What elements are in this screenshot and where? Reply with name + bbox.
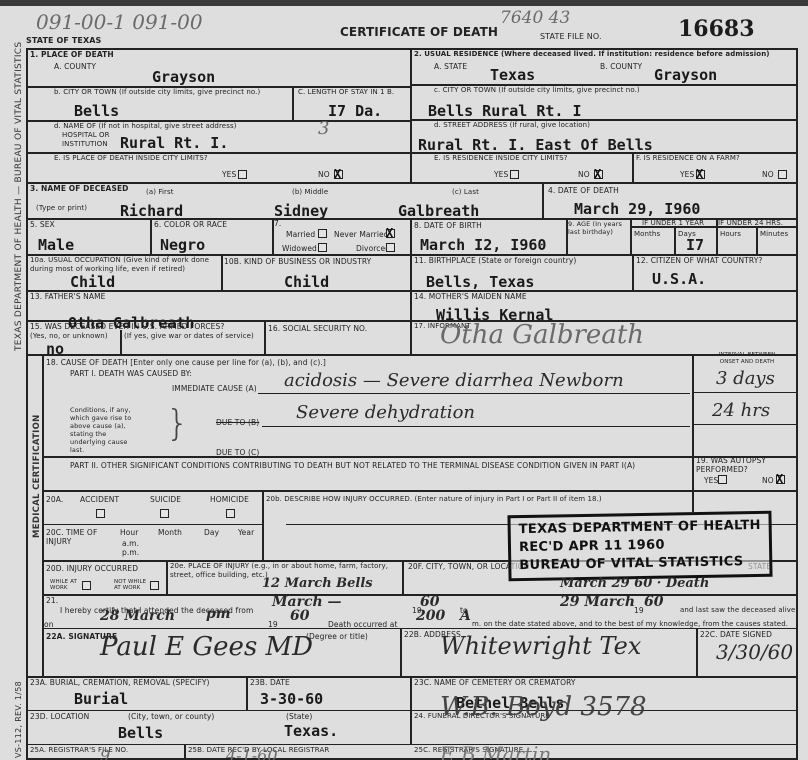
armed-forces-sub-1: (Yes, no, or unknown) xyxy=(30,332,108,340)
rule xyxy=(42,524,262,525)
citizen-label: 12. CITIZEN OF WHAT COUNTRY? xyxy=(636,256,763,265)
sex-value: Male xyxy=(38,236,74,254)
burial-date-value: 3-30-60 xyxy=(260,690,323,708)
dob-value: March I2, I960 xyxy=(420,236,546,254)
location-value: Bells xyxy=(118,724,163,742)
month-label: Month xyxy=(158,528,182,537)
rule xyxy=(630,218,632,254)
no-label: NO xyxy=(762,170,774,179)
rule xyxy=(400,628,402,676)
injury-type-label: 20a. xyxy=(46,495,63,504)
date-of-death-label: 4. DATE OF DEATH xyxy=(548,186,619,195)
rule xyxy=(166,560,168,594)
am-label: a.m. xyxy=(122,539,139,548)
last-seen-year: 60 xyxy=(290,608,309,624)
last-seen-handwritten: 28 March xyxy=(100,608,175,624)
age-label: 9. AGE (In years last birthday) xyxy=(568,220,628,236)
place-of-injury-handwritten: 12 March Bells xyxy=(262,576,373,591)
rule xyxy=(292,86,294,120)
day-label: Day xyxy=(204,528,219,537)
form-number-vertical: VS-112, REV. 1/58 xyxy=(14,681,23,758)
marital-label: 7. xyxy=(274,219,281,228)
rule xyxy=(26,290,798,292)
birthplace-value: Bells, Texas xyxy=(426,273,534,291)
last-seen-pm-handwritten: pm xyxy=(206,606,231,622)
rule xyxy=(692,424,798,425)
married-label: Married xyxy=(286,230,315,239)
married-checkbox[interactable] xyxy=(318,229,327,238)
death-time-ampm-handwritten: A xyxy=(460,608,471,624)
rule xyxy=(410,254,412,290)
burial-date-label: 23b. DATE xyxy=(250,678,290,687)
rule xyxy=(262,426,690,427)
armed-forces-label: 15. WAS DECEASED EVER IN U.S. ARMED FORC… xyxy=(30,322,224,331)
accident-checkbox[interactable] xyxy=(96,509,105,518)
business-label: 10b. KIND OF BUSINESS OR INDUSTRY xyxy=(224,257,371,266)
pm-label: p.m. xyxy=(122,548,139,557)
rule xyxy=(696,628,698,676)
burial-type-value: Burial xyxy=(74,690,128,708)
burial-type-label: 23a. BURIAL, CREMATION, REMOVAL (Specify… xyxy=(30,678,210,687)
length-of-stay-value: I7 Da. xyxy=(328,102,382,120)
street-label: d. STREET ADDRESS (If rural, give locati… xyxy=(434,121,590,129)
injury-occurred-label: 20d. INJURY OCCURRED xyxy=(46,564,138,573)
rule xyxy=(692,356,694,512)
degree-label: (Degree or title) xyxy=(306,632,368,641)
death-note-handwritten: March 29 60 · Death xyxy=(560,576,709,591)
certification-label: 21. xyxy=(46,596,58,605)
registrar-file-value: 9 xyxy=(100,746,110,760)
hospital-value: Rural Rt. I. xyxy=(120,134,228,152)
place-county-value: Grayson xyxy=(152,68,215,86)
funeral-director-signature: W.B. Boyd 3578 xyxy=(440,692,647,722)
hospital-label-3: INSTITUTION xyxy=(62,140,108,148)
rule xyxy=(42,490,798,492)
race-label: 6. COLOR OR RACE xyxy=(154,220,227,229)
mother-label: 14. MOTHER'S MAIDEN NAME xyxy=(414,292,527,301)
medical-certification-vertical: MEDICAL CERTIFICATION xyxy=(32,414,42,538)
handwritten-code-right: 7640 43 xyxy=(500,8,570,28)
birthplace-label: 11. BIRTHPLACE (State or foreign country… xyxy=(414,256,576,265)
divider-place-residence xyxy=(410,48,412,182)
interval-a-value: 3 days xyxy=(716,368,775,389)
no-label: NO xyxy=(318,170,330,179)
residence-state-value: Texas xyxy=(490,66,535,84)
rule xyxy=(26,182,798,184)
frame-right xyxy=(796,48,798,760)
widowed-label: Widowed xyxy=(282,244,317,253)
registrar-date-value: 4-1-60 xyxy=(226,746,278,760)
residence-county-label: b. COUNTY xyxy=(600,62,642,71)
sex-label: 5. SEX xyxy=(30,220,55,229)
residence-inside-city-no-checkbox[interactable] xyxy=(594,170,603,179)
due-to-b-label: DUE TO (b) xyxy=(216,418,259,427)
rule xyxy=(26,710,798,711)
residence-county-value: Grayson xyxy=(654,66,717,84)
homicide-label: HOMICIDE xyxy=(210,495,249,504)
rule xyxy=(26,744,798,745)
department-vertical-text: TEXAS DEPARTMENT OF HEALTH — BUREAU OF V… xyxy=(14,42,24,351)
farm-label: f. IS RESIDENCE ON A FARM? xyxy=(636,154,740,162)
rule xyxy=(258,393,690,394)
farm-no-checkbox[interactable] xyxy=(778,170,787,179)
location-label: 23d. LOCATION xyxy=(30,712,89,721)
suicide-checkbox[interactable] xyxy=(160,509,169,518)
residence-inside-city-yes-checkbox[interactable] xyxy=(510,170,519,179)
yes-label: YES xyxy=(222,170,236,179)
rule xyxy=(42,456,798,458)
last-name-label: (c) Last xyxy=(452,188,479,196)
rule xyxy=(756,226,758,254)
certify-text-3: m. on the date stated above, and to the … xyxy=(472,620,788,628)
immediate-cause-value: acidosis — Severe diarrhea Newborn xyxy=(284,370,624,391)
yes-label: YES xyxy=(494,170,508,179)
death-time-handwritten: 200 xyxy=(416,608,445,624)
accident-label: ACCIDENT xyxy=(80,495,119,504)
rule xyxy=(630,226,798,228)
state-label: STATE OF TEXAS xyxy=(26,36,101,45)
date-of-death-value: March 29, I960 xyxy=(574,200,700,218)
frame-bottom xyxy=(26,758,798,760)
middle-name-label: (b) Middle xyxy=(292,188,328,196)
brace-icon: } xyxy=(166,404,189,444)
cemetery-label: 23c. NAME OF CEMETERY OR CREMATORY xyxy=(414,678,576,687)
suicide-label: SUICIDE xyxy=(150,495,181,504)
dob-label: 8. DATE OF BIRTH xyxy=(414,221,482,230)
rule xyxy=(120,330,122,354)
homicide-checkbox[interactable] xyxy=(226,509,235,518)
yes-label: YES xyxy=(704,476,718,485)
state-file-number: 16683 xyxy=(678,16,755,42)
never-married-label: Never Married xyxy=(334,230,389,239)
county-label: a. COUNTY xyxy=(54,62,96,71)
interval-label: INTERVAL BETWEEN ONSET AND DEATH xyxy=(712,352,782,366)
rule xyxy=(221,254,223,290)
date-signed-value: 3/30/60 xyxy=(716,640,793,664)
part2-label: PART II. OTHER SIGNIFICANT CONDITIONS CO… xyxy=(70,461,635,470)
rule xyxy=(26,354,798,356)
rule xyxy=(542,182,544,218)
citizen-value: U.S.A. xyxy=(652,270,706,288)
hospital-label: d. NAME OF (If not in hospital, give str… xyxy=(54,122,237,130)
farm-yes-checkbox[interactable] xyxy=(696,170,705,179)
death-certificate: 091-00-1 091-00 STATE OF TEXAS CERTIFICA… xyxy=(0,6,808,760)
year-label: Year xyxy=(238,528,254,537)
hospital-label-2: HOSPITAL OR xyxy=(62,131,110,139)
date-signed-label: 22c. DATE SIGNED xyxy=(700,630,772,639)
inside-city-label: e. IS PLACE OF DEATH INSIDE CITY LIMITS? xyxy=(54,154,208,162)
burial-state-value: Texas. xyxy=(284,722,338,740)
business-value: Child xyxy=(284,273,329,291)
rule xyxy=(632,152,634,182)
while-at-work-label: WHILE AT WORK xyxy=(50,579,80,591)
frame-left xyxy=(26,48,28,760)
name-label: 3. NAME OF DECEASED xyxy=(30,184,129,193)
first-name-label: (a) First xyxy=(146,188,174,196)
state-file-label: STATE FILE NO. xyxy=(540,32,602,41)
rule xyxy=(692,392,798,393)
residence-state-label: a. STATE xyxy=(434,62,467,71)
ssn-label: 16. SOCIAL SECURITY NO. xyxy=(268,324,367,333)
rule xyxy=(410,290,412,320)
autopsy-yes-checkbox[interactable] xyxy=(718,475,727,484)
rule xyxy=(264,320,266,354)
race-value: Negro xyxy=(160,236,205,254)
occupation-value: Child xyxy=(70,273,115,291)
autopsy-no-checkbox[interactable] xyxy=(776,475,785,484)
yes-label: YES xyxy=(680,170,694,179)
registrar-signature: E B Martin xyxy=(440,742,551,760)
hospital-handwritten-number: 3 xyxy=(318,118,329,139)
divorced-checkbox[interactable] xyxy=(386,243,395,252)
rule xyxy=(410,320,412,354)
received-stamp: TEXAS DEPARTMENT OF HEALTH REC'D APR 11 … xyxy=(507,511,772,582)
location-sub-label: (City, town, or county) xyxy=(128,712,214,721)
describe-injury-label: 20b. DESCRIBE HOW INJURY OCCURRED. (Ente… xyxy=(266,495,602,503)
attended-to-handwritten: 29 March xyxy=(560,594,635,610)
cause-label: 18. CAUSE OF DEATH [Enter only one cause… xyxy=(46,358,326,367)
place-of-death-label: 1. PLACE OF DEATH xyxy=(30,50,114,59)
rule xyxy=(674,226,676,254)
document-title: CERTIFICATE OF DEATH xyxy=(340,25,498,39)
father-label: 13. FATHER'S NAME xyxy=(30,292,106,301)
hour-label: Hour xyxy=(120,528,138,537)
rule xyxy=(42,628,798,629)
rule xyxy=(262,490,264,560)
residence-inside-city-label: e. IS RESIDENCE INSIDE CITY LIMITS? xyxy=(434,154,568,162)
place-city-value: Bells xyxy=(74,102,119,120)
time-of-injury-label: 20c. TIME OF INJURY xyxy=(46,528,106,546)
days-value: I7 xyxy=(686,236,704,254)
registrar-file-label: 25a. REGISTRAR'S FILE NO. xyxy=(30,746,128,754)
physician-signature: Paul E Gees MD xyxy=(100,632,313,662)
rule xyxy=(246,676,248,710)
address-value: Whitewright Tex xyxy=(440,632,641,660)
residence-city-label: c. CITY OR TOWN (If outside city limits,… xyxy=(434,86,640,94)
rule xyxy=(402,560,404,594)
widowed-checkbox[interactable] xyxy=(318,243,327,252)
place-inside-city-no-checkbox[interactable] xyxy=(334,170,343,179)
while-at-work-checkbox[interactable] xyxy=(82,581,91,590)
stamp-line-3: BUREAU OF VITAL STATISTICS xyxy=(519,553,761,575)
handwritten-code-left: 091-00-1 091-00 xyxy=(36,10,203,34)
conditions-note: Conditions, if any, which gave rise to a… xyxy=(70,406,140,454)
place-inside-city-yes-checkbox[interactable] xyxy=(238,170,247,179)
attended-to-year: 60 xyxy=(644,594,663,610)
interval-b-value: 24 hrs xyxy=(712,400,770,421)
divorced-label: Divorced xyxy=(356,244,390,253)
city-label: b. CITY OR TOWN (If outside city limits,… xyxy=(54,88,260,96)
immediate-cause-label: IMMEDIATE CAUSE (a) xyxy=(172,384,257,393)
no-label: NO xyxy=(762,476,774,485)
rule xyxy=(632,254,634,290)
armed-forces-sub-2: (If yes, give war or dates of service) xyxy=(124,332,254,340)
hours-label: Hours xyxy=(720,230,741,238)
residence-label: 2. USUAL RESIDENCE (Where deceased lived… xyxy=(414,50,770,58)
never-married-checkbox[interactable] xyxy=(386,229,395,238)
year-prefix: 19 xyxy=(634,606,644,615)
no-label: NO xyxy=(578,170,590,179)
rule xyxy=(150,218,152,254)
months-label: Months xyxy=(634,230,660,238)
minutes-label: Minutes xyxy=(760,230,788,238)
not-while-at-work-label: NOT WHILE AT WORK xyxy=(114,579,152,591)
residence-city-value: Bells Rural Rt. I xyxy=(428,102,582,120)
length-of-stay-label: c. LENGTH OF STAY in 1 b. xyxy=(298,88,394,96)
part1-label: PART I. DEATH WAS CAUSED BY: xyxy=(70,369,192,378)
informant-signature: Otha Galbreath xyxy=(440,320,644,350)
rule xyxy=(410,218,412,254)
state-sub-label: (State) xyxy=(286,712,312,721)
rule xyxy=(184,744,186,760)
certify-text-2: and last saw the deceased alive xyxy=(680,606,795,614)
not-while-at-work-checkbox[interactable] xyxy=(150,581,159,590)
occupation-label: 10a. USUAL OCCUPATION (Give kind of work… xyxy=(30,256,220,274)
name-sub-label: (Type or print) xyxy=(36,204,87,212)
due-to-b-value: Severe dehydration xyxy=(296,402,475,423)
